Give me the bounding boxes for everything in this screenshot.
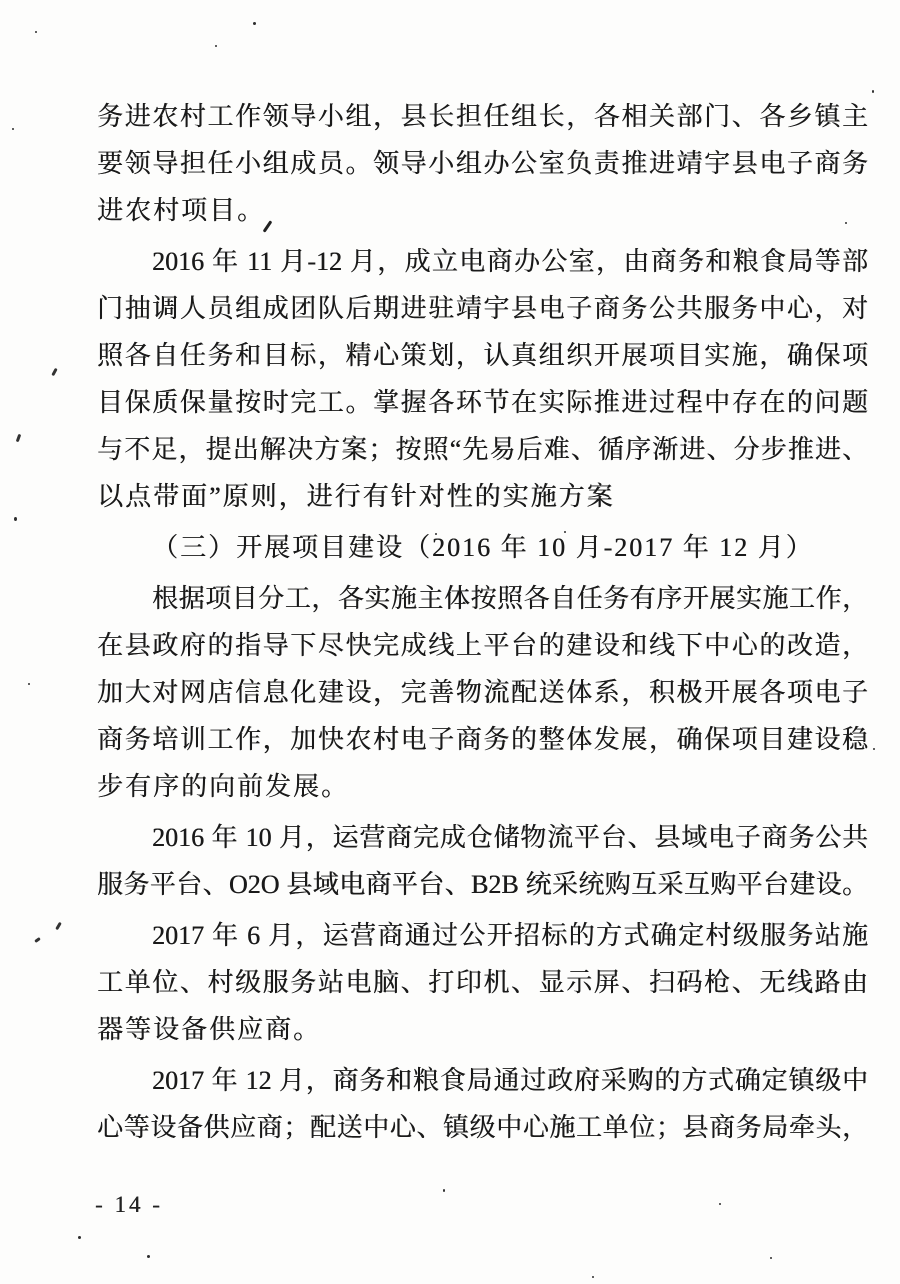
body-line: 以点带面”原则，进行有针对性的实施方案 <box>97 473 868 520</box>
page-number: - 14 - <box>95 1191 163 1219</box>
body-line: 工单位、村级服务站电脑、打印机、显示屏、扫码枪、无线路由 <box>97 959 868 1006</box>
document-body: 务进农村工作领导小组，县长担任组长，各相关部门、各乡镇主 要领导担任小组成员。领… <box>97 93 868 1151</box>
body-line: 商务培训工作，加快农村电子商务的整体发展，确保项目建设稳 <box>97 716 868 763</box>
body-line: 照各自任务和目标，精心策划，认真组织开展项目实施，确保项 <box>97 332 868 379</box>
body-line: 2016 年 10 月，运营商完成仓储物流平台、县域电子商务公共 <box>97 814 868 861</box>
scan-page: 务进农村工作领导小组，县长担任组长，各相关部门、各乡镇主 要领导担任小组成员。领… <box>0 0 900 1284</box>
body-line: 2017 年 6 月，运营商通过公开招标的方式确定村级服务站施 <box>97 912 868 959</box>
body-line: 根据项目分工，各实施主体按照各自任务有序开展实施工作， <box>97 575 868 622</box>
body-line: 加大对网店信息化建设，完善物流配送体系，积极开展各项电子 <box>97 669 868 716</box>
body-line: 门抽调人员组成团队后期进驻靖宇县电子商务公共服务中心，对 <box>97 285 868 332</box>
body-line: 服务平台、O2O 县域电商平台、B2B 统采统购互采互购平台建设。 <box>97 861 868 908</box>
body-line: 2017 年 12 月，商务和粮食局通过政府采购的方式确定镇级中 <box>97 1057 868 1104</box>
body-line: 步有序的向前发展。 <box>97 763 868 810</box>
body-line: 务进农村工作领导小组，县长担任组长，各相关部门、各乡镇主 <box>97 93 868 140</box>
body-line: 2016 年 11 月-12 月，成立电商办公室，由商务和粮食局等部 <box>97 238 868 285</box>
body-line: 心等设备供应商；配送中心、镇级中心施工单位；县商务局牵头， <box>97 1104 868 1151</box>
body-line: 进农村项目。 <box>97 187 868 234</box>
section-heading: （三）开展项目建设（2016 年 10 月-2017 年 12 月） <box>97 524 868 571</box>
body-line: 在县政府的指导下尽快完成线上平台的建设和线下中心的改造， <box>97 622 868 669</box>
body-line: 要领导担任小组成员。领导小组办公室负责推进靖宇县电子商务 <box>97 140 868 187</box>
body-line: 与不足，提出解决方案；按照“先易后难、循序渐进、分步推进、 <box>97 426 868 473</box>
body-line: 目保质保量按时完工。掌握各环节在实际推进过程中存在的问题 <box>97 379 868 426</box>
body-line: 器等设备供应商。 <box>97 1006 868 1053</box>
